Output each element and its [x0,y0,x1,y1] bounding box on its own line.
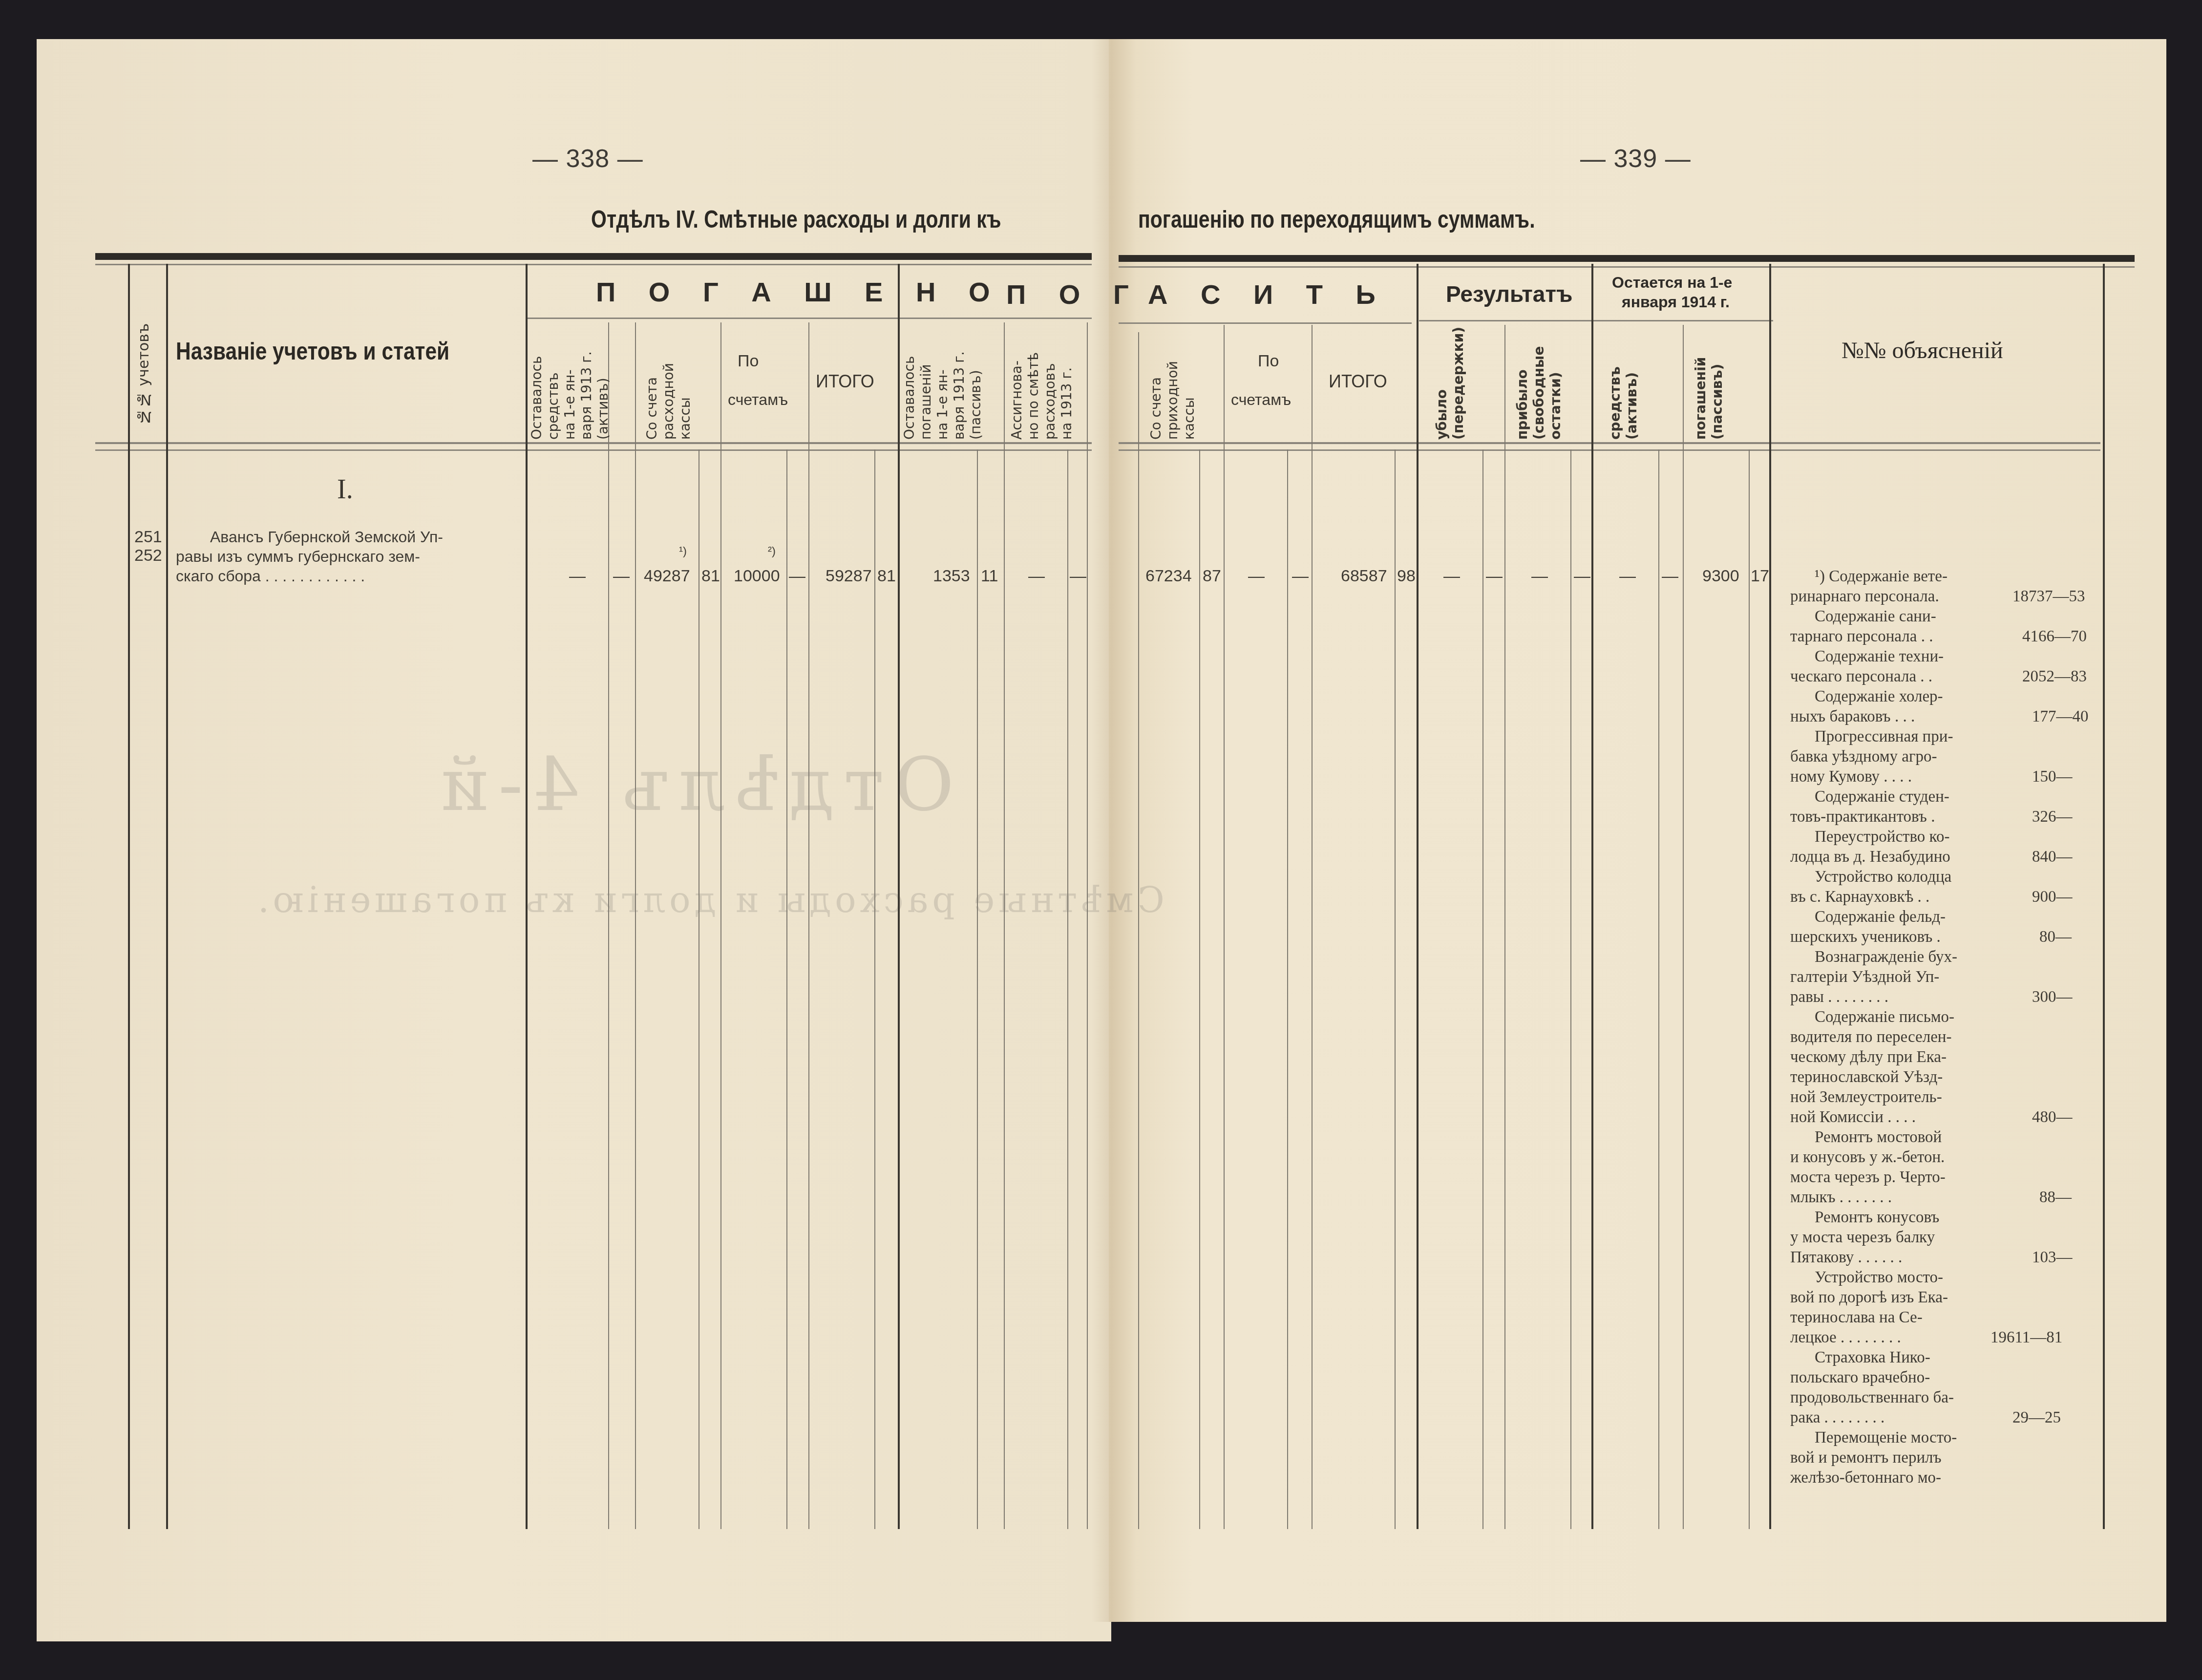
header-pogasheno: П О Г А Ш Е Н О [596,276,1003,308]
show-through-heading: Отдѣлъ 4-й [430,743,954,828]
section-title-right: погашенію по переходящимъ суммамъ. [1138,205,1535,234]
cell-ostavalos-pogashenii-kop: 11 [981,567,998,586]
cents-line [1482,449,1483,1529]
header-remains-line1: Остается на 1-е [1612,274,1732,292]
page-number-right: — 339 — [1580,144,1691,173]
cell-pribylo-kop: — [1574,567,1590,586]
col-line [1004,322,1005,1529]
header-pogasit-left: П О Г [1006,278,1142,310]
explanation-line: Содержаніе сани- [1815,607,1936,627]
header-num-accounts: №№ учетовъ [136,298,152,425]
header-col-itogo-1: ИТОГО [816,371,874,392]
cell-itogo-2-rub: 68587 [1341,567,1387,586]
explanation-line: Вознагражденіе бух- [1815,947,1957,967]
table-top-thin-rule-left [95,264,1092,265]
row-name-line: равы изъ суммъ губернскаго зем- [176,546,420,567]
header-col-po-1: По [738,352,759,371]
col-line [1769,264,1771,1529]
explanation-line: Содержаніе студен- [1815,787,1949,807]
col-line [1504,325,1505,1529]
explanation-line: Прогрессивная при- [1815,727,1953,747]
header-col-ostavalos-pogashenii: Оставалось погашеній на 1-е ян- варя 191… [901,327,984,440]
col-line [898,264,900,1529]
col-line [1683,325,1684,1529]
cell-itogo-2-kop: 98 [1397,567,1416,586]
explanation-line: у моста черезъ балку [1790,1228,1935,1248]
explanation-line: товъ-практикантовъ . [1790,807,1935,827]
explanations-list: ¹) Содержаніе вете- ринарнаго персонала.… [1790,567,2093,1495]
explanation-line: Перемощеніе мосто- [1815,1428,1957,1448]
explanation-line: и конусовъ у ж.-бетон. [1790,1148,1945,1168]
col-line [1312,325,1313,1529]
col-line [1087,322,1088,1529]
result-group-rule [1419,320,1773,321]
header-col-pribylo: прибыло (свободные остатки) [1514,332,1564,440]
explanation-line: Переустройство ко- [1815,827,1949,847]
explanation-amount: 900— [2032,887,2073,907]
col-line [526,264,528,1529]
explanation-line: ныхъ бараковъ . . . [1790,707,1915,727]
col-line [1591,264,1593,1529]
cell-pribylo-rub: — [1531,567,1548,586]
cents-line [1395,449,1396,1529]
pogasit-group-rule [1119,322,1412,324]
header-col-prihodnoi-kassy: Со счета приходной кассы [1148,337,1198,440]
cell-rashodnoi-kassy-rub: 49287 [644,567,690,586]
cents-line [874,449,875,1529]
cell-rashodnoi-kassy-kop: 81 [701,567,720,586]
cell-assignovano-kop: — [1070,567,1086,586]
header-col-schetam-1: счетамъ [728,391,788,409]
header-bottom-rule-left-2 [95,449,1092,451]
explanation-line: Ремонтъ конусовъ [1815,1208,1939,1228]
explanation-line: Ремонтъ мостовой [1815,1127,1942,1148]
row-name-line: скаго сбора . . . . . . . . . . . . [176,566,365,586]
explanation-line: лодца въ д. Незабудино [1790,847,1950,867]
col-line [808,322,809,1529]
explanation-amount: 840— [2032,847,2073,867]
explanation-line: ной Комиссіи . . . . [1790,1107,1916,1127]
pogasheno-group-rule [527,318,1092,319]
table-top-rule-left [95,253,1092,260]
explanation-amount: 150— [2032,767,2073,787]
cents-line [1199,449,1200,1529]
explanation-line: Страховка Нико- [1815,1348,1930,1368]
explanation-amount: 177—40 [2032,707,2089,727]
explanation-amount: 480— [2032,1107,2073,1127]
explanation-line: Содержаніе фельд- [1815,907,1946,927]
explanation-line: ной Землеустроитель- [1790,1087,1942,1107]
table-top-thin-rule-right [1119,266,2135,268]
cell-ubylo-kop: — [1486,567,1503,586]
header-col-rashodnoi-kassy: Со счета расходной кассы [644,327,694,440]
header-account-name: Названіе учетовъ и статей [176,337,449,365]
header-bottom-rule-right-2 [1119,449,2100,451]
explanation-line: Содержаніе холер- [1815,687,1943,707]
explanation-line: млыкъ . . . . . . . [1790,1188,1892,1208]
cell-ostavalos-sredstv-rub: — [569,567,586,586]
cell-ostaetsya-sredstv-kop: — [1662,567,1678,586]
cell-po-schetam-1-kop: — [789,567,805,586]
footnote-marker-1: ¹) [679,545,687,558]
explanation-line: теринославской Уѣзд- [1790,1067,1943,1087]
explanation-amount: 4166—70 [2022,627,2087,647]
col-line [635,322,636,1529]
explanation-amount: 18737—53 [2012,587,2085,607]
explanation-line: равы . . . . . . . . [1790,987,1888,1007]
explanation-line: моста черезъ р. Черто- [1790,1168,1946,1188]
explanation-line: Содержаніе письмо- [1815,1007,1954,1027]
cell-prihodnoi-kassy-rub: 67234 [1145,567,1192,586]
explanation-line: Содержаніе техни- [1815,647,1944,667]
header-col-schetam-2: счетамъ [1231,391,1291,409]
explanation-line: рака . . . . . . . . [1790,1408,1884,1428]
header-explanations: №№ объясненій [1842,337,2003,364]
header-col-po-2: По [1258,352,1279,371]
col-line [1138,332,1139,1529]
explanation-line: бавка уѣздному агро- [1790,747,1937,767]
cell-itogo-1-rub: 59287 [826,567,872,586]
cell-ostaetsya-sredstv-rub: — [1619,567,1636,586]
col-line [166,264,168,1529]
explanation-line: въ с. Карнауховкѣ . . [1790,887,1929,907]
header-col-ostavalos-sredstv: Оставалось средствъ на 1-е ян- варя 1913… [529,327,612,440]
explanation-line: вой и ремонтъ перилъ [1790,1448,1942,1468]
explanation-line: ному Кумову . . . . [1790,767,1912,787]
cell-assignovano-rub: — [1028,567,1045,586]
explanation-line: Устройство мосто- [1815,1268,1943,1288]
explanation-line: ческому дѣлу при Ека- [1790,1047,1947,1067]
cell-po-schetam-2-rub: — [1248,567,1265,586]
explanation-amount: 2052—83 [2022,667,2087,687]
cell-ostavalos-sredstv-kop: — [613,567,630,586]
explanation-line: Устройство колодца [1815,867,1951,887]
row-num: 252 [134,546,162,565]
cents-line [1287,449,1288,1529]
cell-ostavalos-pogashenii-rub: 1353 [933,567,970,586]
row-name-line: Авансъ Губернской Земской Уп- [210,527,443,547]
explanation-line: водителя по переселен- [1790,1027,1951,1047]
col-line [1224,325,1225,1529]
cents-line [699,449,699,1529]
explanation-line: теринослава на Се- [1790,1308,1923,1328]
row-num: 251 [134,528,162,547]
page-number-left: — 338 — [532,144,643,173]
header-bottom-rule-right [1119,442,2100,444]
explanation-line: польскаго врачебно- [1790,1368,1930,1388]
header-col-ubylo: убыло (передержки) [1434,332,1467,440]
explanation-line: Пятакову . . . . . . [1790,1248,1902,1268]
cell-ubylo-rub: — [1443,567,1460,586]
explanation-amount: 19611—81 [1990,1328,2062,1348]
explanation-line: галтеріи Уѣздной Уп- [1790,967,1939,987]
col-line [128,264,130,1529]
cell-prihodnoi-kassy-kop: 87 [1203,567,1221,586]
cell-itogo-1-kop: 81 [877,567,896,586]
table-top-rule-right [1119,255,2135,262]
explanation-amount: 326— [2032,807,2073,827]
header-result: Результатъ [1446,281,1572,307]
book-gutter [1092,39,1136,1622]
explanation-amount: 29—25 [2012,1408,2061,1428]
explanation-amount: 103— [2032,1248,2073,1268]
cell-ostaetsya-pogashenii-kop: 17 [1751,567,1769,586]
explanation-line: продовольственнаго ба- [1790,1388,1954,1408]
explanation-amount: 300— [2032,987,2073,1007]
col-line [608,322,609,1529]
col-line [1417,264,1419,1529]
header-remains-line2: января 1914 г. [1622,293,1730,311]
header-col-ostaetsya-pogashenii: погашеній (пассивъ) [1693,332,1726,440]
cents-line [1570,449,1571,1529]
header-pogasit-right: А С И Т Ь [1148,278,1388,310]
col-line [720,322,721,1529]
explanation-line: желѣзо-бетоннаго мо- [1790,1468,1941,1488]
cell-ostaetsya-pogashenii-rub: 9300 [1702,567,1739,586]
explanation-line: ¹) Содержаніе вете- [1815,567,1948,587]
explanation-line: лецкое . . . . . . . . [1790,1328,1901,1348]
section-label: I. [337,474,353,505]
header-col-ostaetsya-sredstv: средствъ (активъ) [1607,332,1640,440]
cents-line [1658,449,1659,1529]
explanation-line: ринарнаго персонала. [1790,587,1939,607]
explanation-line: тарнаго персонала . . [1790,627,1933,647]
cents-line [1749,449,1750,1529]
header-col-assignovano: Ассигнова- но по смѣтѣ расходовъ на 1913… [1009,327,1075,440]
cents-line [1067,449,1068,1529]
footnote-marker-2: ²) [768,545,776,558]
explanation-amount: 80— [2039,927,2072,947]
show-through-subheading: Смѣтные расходы и долги къ погашенію. [254,879,1165,920]
cell-po-schetam-2-kop: — [1292,567,1309,586]
explanation-amount: 88— [2039,1188,2072,1208]
header-col-itogo-2: ИТОГО [1329,371,1387,392]
header-bottom-rule-left [95,442,1092,444]
col-line [2103,264,2105,1529]
section-title-left: Отдѣлъ IV. Смѣтные расходы и долги къ [591,205,1001,234]
explanation-line: шерскихъ учениковъ . [1790,927,1941,947]
cents-line [786,449,787,1529]
explanation-line: ческаго персонала . . [1790,667,1932,687]
explanation-line: вой по дорогѣ изъ Ека- [1790,1288,1948,1308]
cents-line [977,449,978,1529]
cell-po-schetam-1-rub: 10000 [734,567,780,586]
